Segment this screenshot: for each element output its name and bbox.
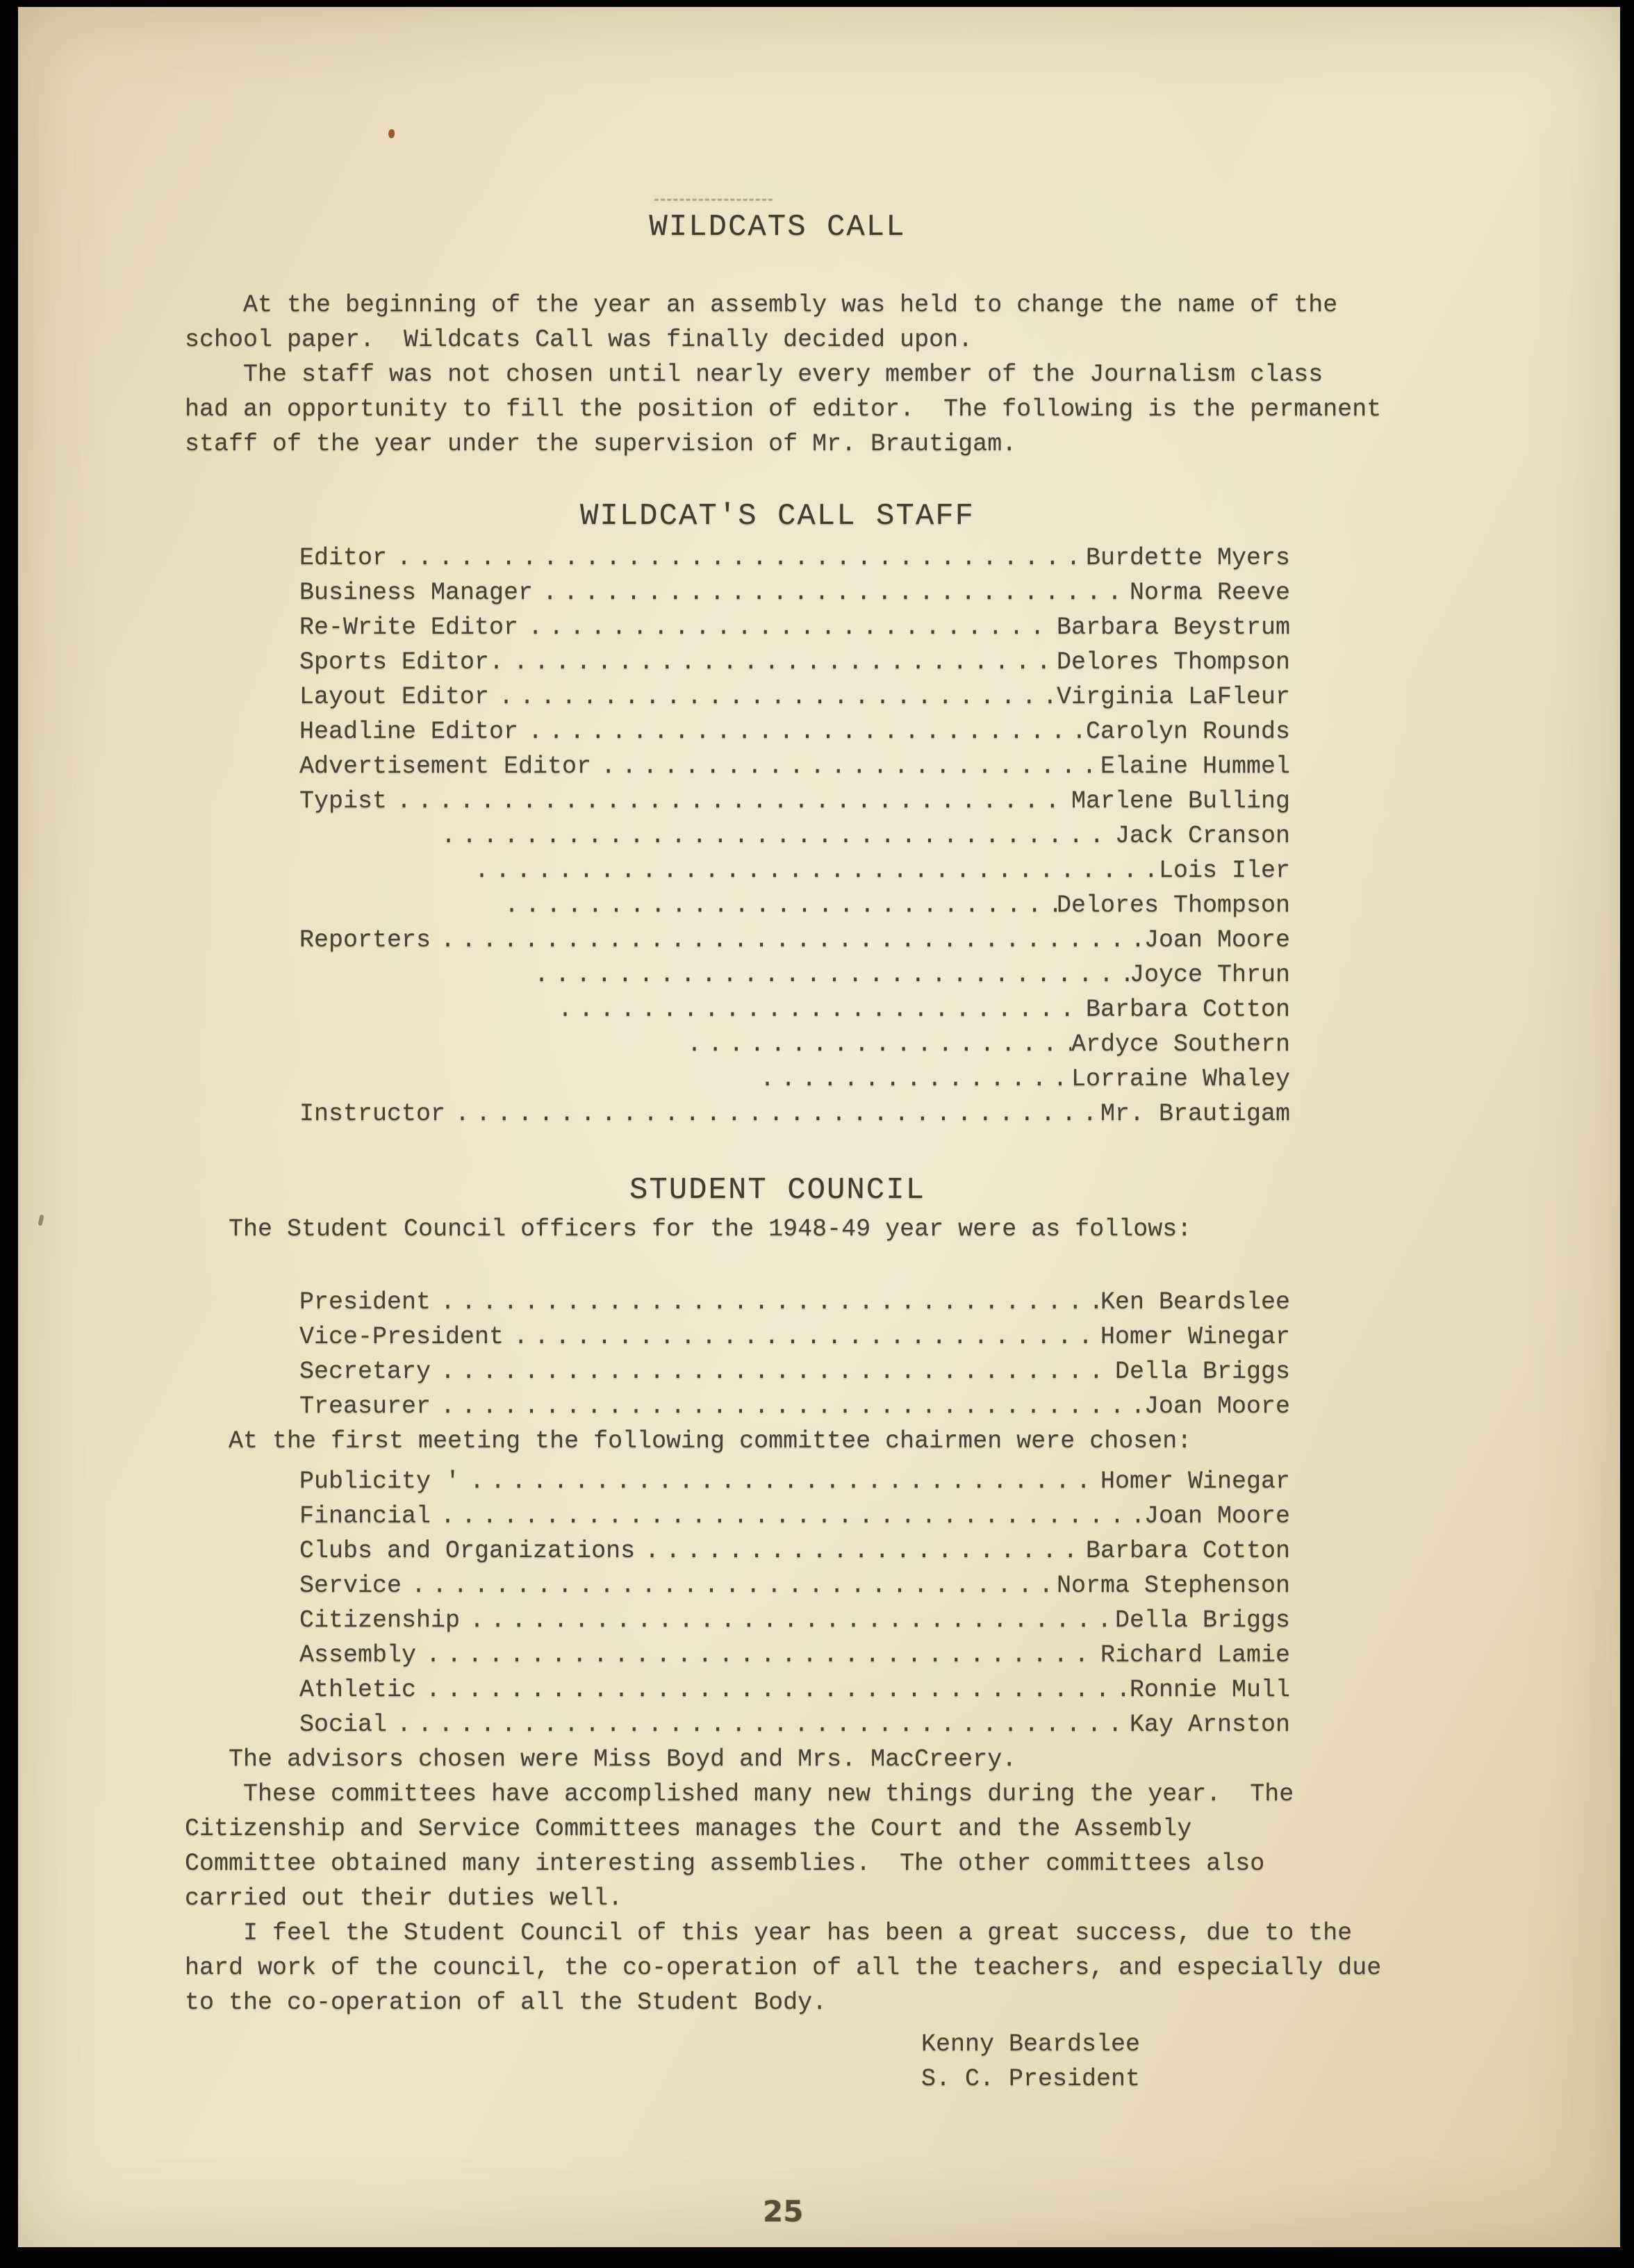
staff-row: Typist. . . . . . . . . . . . . . . . . …	[299, 784, 1290, 819]
staff-member-name: Mr. Brautigam	[1100, 1096, 1290, 1131]
staff-role-label: Reporters	[299, 923, 431, 958]
committee-row: Citizenship. . . . . . . . . . . . . . .…	[299, 1603, 1290, 1638]
staff-heading: WILDCAT'S CALL STAFF	[185, 498, 1370, 535]
signature-block: Kenny Beardslee S. C. President	[921, 2027, 1426, 2096]
intro-paragraph-2: The staff was not chosen until nearly ev…	[185, 357, 1426, 461]
committee-chair-name: Ronnie Mull	[1130, 1673, 1290, 1707]
dot-leader: . . . . . . . . . . . . . . . . . . . . …	[460, 1603, 1115, 1638]
staff-member-name: Joyce Thrun	[1130, 958, 1290, 992]
staff-member-name: Marlene Bulling	[1071, 784, 1290, 819]
committee-label: Financial	[299, 1499, 431, 1534]
staff-member-name: Jack Cranson	[1115, 819, 1290, 853]
staff-member-name: Delores Thompson	[1057, 888, 1290, 923]
committee-chair-name: Kay Arnston	[1130, 1707, 1290, 1742]
staff-role-label: Instructor	[299, 1096, 445, 1131]
intro-paragraph-1: At the beginning of the year an assembly…	[185, 288, 1426, 357]
committee-label: Assembly	[299, 1638, 416, 1673]
dot-leader: . . . . . . . . . . . . . . . . . . . . …	[431, 819, 1115, 853]
committee-row: Social. . . . . . . . . . . . . . . . . …	[299, 1707, 1290, 1742]
dot-leader: . . . . . . . . . . . . . . . . . . . . …	[504, 1320, 1100, 1354]
staff-member-name: Barbara Cotton	[1086, 992, 1290, 1027]
staff-member-name: Joan Moore	[1144, 923, 1290, 958]
officer-row: Treasurer. . . . . . . . . . . . . . . .…	[299, 1389, 1290, 1424]
staff-row: Advertisement Editor. . . . . . . . . . …	[299, 749, 1290, 784]
staff-role-label: Typist	[299, 784, 387, 819]
staff-row: Layout Editor. . . . . . . . . . . . . .…	[299, 680, 1290, 714]
dot-leader: . . . . . . . . . . . . . . . . . . . . …	[495, 888, 1057, 923]
staff-role-label: Re-Write Editor	[299, 610, 518, 645]
staff-row: Editor. . . . . . . . . . . . . . . . . …	[299, 541, 1290, 575]
officer-role-label: Treasurer	[299, 1389, 431, 1424]
council-heading: STUDENT COUNCIL	[185, 1172, 1370, 1209]
staff-row: . . . . . . . . . . . . . . . . . . . . …	[299, 1062, 1290, 1096]
committee-chair-name: Homer Winegar	[1100, 1464, 1290, 1499]
staff-row: Business Manager. . . . . . . . . . . . …	[299, 575, 1290, 610]
committee-label: Service	[299, 1568, 402, 1603]
staff-member-name: Delores Thompson	[1057, 645, 1290, 680]
dot-leader: . . . . . . . . . . . . . . . . . . . . …	[677, 1027, 1071, 1062]
closing-paragraph-1: These committees have accomplished many …	[185, 1777, 1426, 1916]
officer-role-label: Secretary	[299, 1354, 431, 1389]
closing-paragraph-2: I feel the Student Council of this year …	[185, 1916, 1426, 2020]
committees-list: Publicity '. . . . . . . . . . . . . . .…	[299, 1464, 1290, 1742]
dot-leader: . . . . . . . . . . . . . . . . . . . . …	[525, 958, 1130, 992]
committee-label: Athletic	[299, 1673, 416, 1707]
officer-row: President. . . . . . . . . . . . . . . .…	[299, 1285, 1290, 1320]
staff-role-label: Editor	[299, 541, 387, 575]
staff-row: Headline Editor. . . . . . . . . . . . .…	[299, 714, 1290, 749]
officer-name: Ken Beardslee	[1100, 1285, 1290, 1320]
dot-leader: . . . . . . . . . . . . . . . . . . . . …	[431, 1389, 1144, 1424]
staff-row: . . . . . . . . . . . . . . . . . . . . …	[299, 888, 1290, 923]
faded-rule	[654, 199, 773, 203]
committee-row: Clubs and Organizations. . . . . . . . .…	[299, 1534, 1290, 1568]
staff-member-name: Lorraine Whaley	[1071, 1062, 1290, 1096]
council-intro-line: The Student Council officers for the 194…	[185, 1212, 1426, 1247]
staff-row: . . . . . . . . . . . . . . . . . . . . …	[299, 1027, 1290, 1062]
dot-leader: . . . . . . . . . . . . . . . . . . . . …	[465, 853, 1159, 888]
page-content: WILDCATS CALL At the beginning of the ye…	[18, 7, 1620, 2247]
dot-leader: . . . . . . . . . . . . . . . . . . . . …	[402, 1568, 1057, 1603]
dot-leader: . . . . . . . . . . . . . . . . . . . . …	[431, 1354, 1115, 1389]
committee-label: Publicity '	[299, 1464, 460, 1499]
committee-label: Social	[299, 1707, 387, 1742]
officer-name: Della Briggs	[1115, 1354, 1290, 1389]
committee-label: Citizenship	[299, 1603, 460, 1638]
dot-leader: . . . . . . . . . . . . . . . . . . . . …	[591, 749, 1100, 784]
staff-row: Reporters. . . . . . . . . . . . . . . .…	[299, 923, 1290, 958]
staff-role-label: Business Manager	[299, 575, 533, 610]
staff-member-name: Virginia LaFleur	[1057, 680, 1290, 714]
dot-leader: . . . . . . . . . . . . . . . . . . . . …	[460, 1464, 1100, 1499]
page-title: WILDCATS CALL	[185, 208, 1370, 246]
dot-leader: . . . . . . . . . . . . . . . . . . . . …	[387, 784, 1071, 819]
dot-leader: . . . . . . . . . . . . . . . . . . . . …	[518, 714, 1086, 749]
dot-leader: . . . . . . . . . . . . . . . . . . . . …	[431, 923, 1144, 958]
committee-chair-name: Della Briggs	[1115, 1603, 1290, 1638]
staff-member-name: Ardyce Southern	[1071, 1027, 1290, 1062]
dot-leader: . . . . . . . . . . . . . . . . . . . . …	[387, 541, 1086, 575]
staff-member-name: Lois Iler	[1159, 853, 1290, 888]
committee-intro-line: At the first meeting the following commi…	[185, 1424, 1426, 1458]
staff-row: . . . . . . . . . . . . . . . . . . . . …	[299, 992, 1290, 1027]
committee-chair-name: Norma Stephenson	[1057, 1568, 1290, 1603]
officer-role-label: Vice-President	[299, 1320, 504, 1354]
staff-row: Sports Editor.. . . . . . . . . . . . . …	[299, 645, 1290, 680]
committee-row: Service. . . . . . . . . . . . . . . . .…	[299, 1568, 1290, 1603]
dot-leader: . . . . . . . . . . . . . . . . . . . . …	[489, 680, 1057, 714]
signature-title: S. C. President	[921, 2062, 1426, 2096]
scanned-yearbook-page: { "leader_dots": ". . . . . . . . . . . …	[0, 0, 1634, 2268]
staff-member-name: Elaine Hummel	[1100, 749, 1290, 784]
officer-name: Homer Winegar	[1100, 1320, 1290, 1354]
dot-leader: . . . . . . . . . . . . . . . . . . . . …	[635, 1534, 1086, 1568]
committee-chair-name: Richard Lamie	[1100, 1638, 1290, 1673]
committee-chair-name: Joan Moore	[1144, 1499, 1290, 1534]
committee-row: Publicity '. . . . . . . . . . . . . . .…	[299, 1464, 1290, 1499]
officers-list: President. . . . . . . . . . . . . . . .…	[299, 1285, 1290, 1424]
committee-row: Financial. . . . . . . . . . . . . . . .…	[299, 1499, 1290, 1534]
dot-leader: . . . . . . . . . . . . . . . . . . . . …	[431, 1499, 1144, 1534]
staff-member-name: Barbara Beystrum	[1057, 610, 1290, 645]
dot-leader: . . . . . . . . . . . . . . . . . . . . …	[387, 1707, 1130, 1742]
staff-row: . . . . . . . . . . . . . . . . . . . . …	[299, 958, 1290, 992]
officer-row: Secretary. . . . . . . . . . . . . . . .…	[299, 1354, 1290, 1389]
officer-role-label: President	[299, 1285, 431, 1320]
committee-chair-name: Barbara Cotton	[1086, 1534, 1290, 1568]
staff-member-name: Burdette Myers	[1086, 541, 1290, 575]
staff-role-label: Sports Editor.	[299, 645, 504, 680]
staff-member-name: Norma Reeve	[1130, 575, 1290, 610]
advisors-line: The advisors chosen were Miss Boyd and M…	[185, 1742, 1426, 1777]
committee-label: Clubs and Organizations	[299, 1534, 635, 1568]
dot-leader: . . . . . . . . . . . . . . . . . . . . …	[431, 1285, 1100, 1320]
dot-leader: . . . . . . . . . . . . . . . . . . . . …	[445, 1096, 1100, 1131]
dot-leader: . . . . . . . . . . . . . . . . . . . . …	[750, 1062, 1071, 1096]
dot-leader: . . . . . . . . . . . . . . . . . . . . …	[548, 992, 1086, 1027]
officer-name: Joan Moore	[1144, 1389, 1290, 1424]
officer-row: Vice-President. . . . . . . . . . . . . …	[299, 1320, 1290, 1354]
signature-name: Kenny Beardslee	[921, 2027, 1426, 2062]
dot-leader: . . . . . . . . . . . . . . . . . . . . …	[504, 645, 1057, 680]
page-number: 25	[763, 2194, 803, 2228]
staff-row: . . . . . . . . . . . . . . . . . . . . …	[299, 853, 1290, 888]
paper-page: WILDCATS CALL At the beginning of the ye…	[18, 7, 1620, 2247]
staff-role-label: Advertisement Editor	[299, 749, 591, 784]
dot-leader: . . . . . . . . . . . . . . . . . . . . …	[416, 1673, 1130, 1707]
dot-leader: . . . . . . . . . . . . . . . . . . . . …	[533, 575, 1130, 610]
staff-row: Instructor. . . . . . . . . . . . . . . …	[299, 1096, 1290, 1131]
staff-member-name: Carolyn Rounds	[1086, 714, 1290, 749]
dot-leader: . . . . . . . . . . . . . . . . . . . . …	[518, 610, 1057, 645]
staff-row: Re-Write Editor. . . . . . . . . . . . .…	[299, 610, 1290, 645]
staff-role-label: Layout Editor	[299, 680, 489, 714]
staff-list: Editor. . . . . . . . . . . . . . . . . …	[299, 541, 1290, 1131]
dot-leader: . . . . . . . . . . . . . . . . . . . . …	[416, 1638, 1100, 1673]
staff-row: . . . . . . . . . . . . . . . . . . . . …	[299, 819, 1290, 853]
committee-row: Assembly. . . . . . . . . . . . . . . . …	[299, 1638, 1290, 1673]
title-block: WILDCATS CALL	[185, 208, 1426, 246]
committee-row: Athletic. . . . . . . . . . . . . . . . …	[299, 1673, 1290, 1707]
staff-role-label: Headline Editor	[299, 714, 518, 749]
